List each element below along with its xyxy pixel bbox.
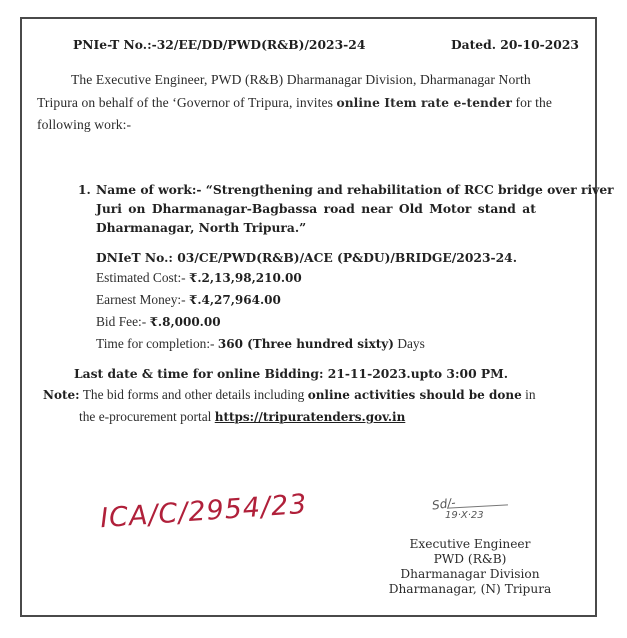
work-name-word: on [128, 201, 145, 216]
intro-line-2: Tripura on behalf of the ‘Governor of Tr… [37, 95, 552, 111]
bid-fee-value: ₹.8,000.00 [150, 315, 221, 329]
signatory-location: Dharmanagar, (N) Tripura [370, 582, 570, 597]
note-label: Note: [43, 388, 80, 402]
work-item-number: 1. [78, 182, 91, 197]
work-name-word: stand [478, 201, 516, 216]
reference-number: PNIe-T No.:-32/EE/DD/PWD(R&B)/2023-24 [73, 37, 365, 52]
work-name-word: at [522, 201, 536, 216]
bid-fee: Bid Fee:- ₹.8,000.00 [96, 314, 221, 330]
intro-line-1: The Executive Engineer, PWD (R&B) Dharma… [71, 72, 531, 88]
tender-type: online Item rate e-tender [336, 96, 512, 110]
signatory-division: Dharmanagar Division [370, 567, 570, 582]
note-line-2: the e-procurement portal https://tripura… [79, 409, 405, 425]
tender-notice: PNIe-T No.:-32/EE/DD/PWD(R&B)/2023-24 Da… [0, 0, 627, 638]
work-name-word: Dharmanagar-Bagbassa [152, 201, 317, 216]
earnest-money-value: ₹.4,27,964.00 [189, 293, 281, 307]
dniet-number: DNIeT No.: 03/CE/PWD(R&B)/ACE (P&DU)/BRI… [96, 250, 517, 265]
handwritten-reference: ICA/C/2954/23 [99, 489, 308, 534]
completion-time: Time for completion:- 360 (Three hundred… [96, 336, 425, 352]
work-name-word: road [324, 201, 355, 216]
work-name-line-2: JurionDharmanagar-BagbassaroadnearOldMot… [96, 201, 536, 216]
completion-time-value: 360 (Three hundred sixty) [218, 337, 394, 351]
work-name-word: Old [399, 201, 423, 216]
signature-stroke [448, 504, 508, 508]
note-line-1: Note: The bid forms and other details in… [43, 387, 536, 403]
earnest-money: Earnest Money:- ₹.4,27,964.00 [96, 292, 281, 308]
work-name-line-1: Name of work:- “Strengthening and rehabi… [96, 182, 614, 197]
estimated-cost-value: ₹.2,13,98,210.00 [189, 271, 302, 285]
estimated-cost: Estimated Cost:- ₹.2,13,98,210.00 [96, 270, 302, 286]
work-name-line-3: Dharmanagar, North Tripura.” [96, 220, 306, 235]
work-name-word: near [361, 201, 392, 216]
signatory-title: Executive Engineer [370, 537, 570, 552]
last-bidding-date: Last date & time for online Bidding: 21-… [74, 366, 508, 381]
tender-portal-link[interactable]: https://tripuratenders.gov.in [215, 410, 406, 424]
signatory-block: Executive Engineer PWD (R&B) Dharmanagar… [370, 537, 570, 597]
work-name-word: Juri [96, 201, 122, 216]
signatory-department: PWD (R&B) [370, 552, 570, 567]
intro-line-3: following work:- [37, 117, 131, 133]
work-name-word: Motor [429, 201, 471, 216]
notice-date: Dated. 20-10-2023 [451, 37, 579, 52]
signature-date: 19·X·23 [445, 510, 484, 521]
